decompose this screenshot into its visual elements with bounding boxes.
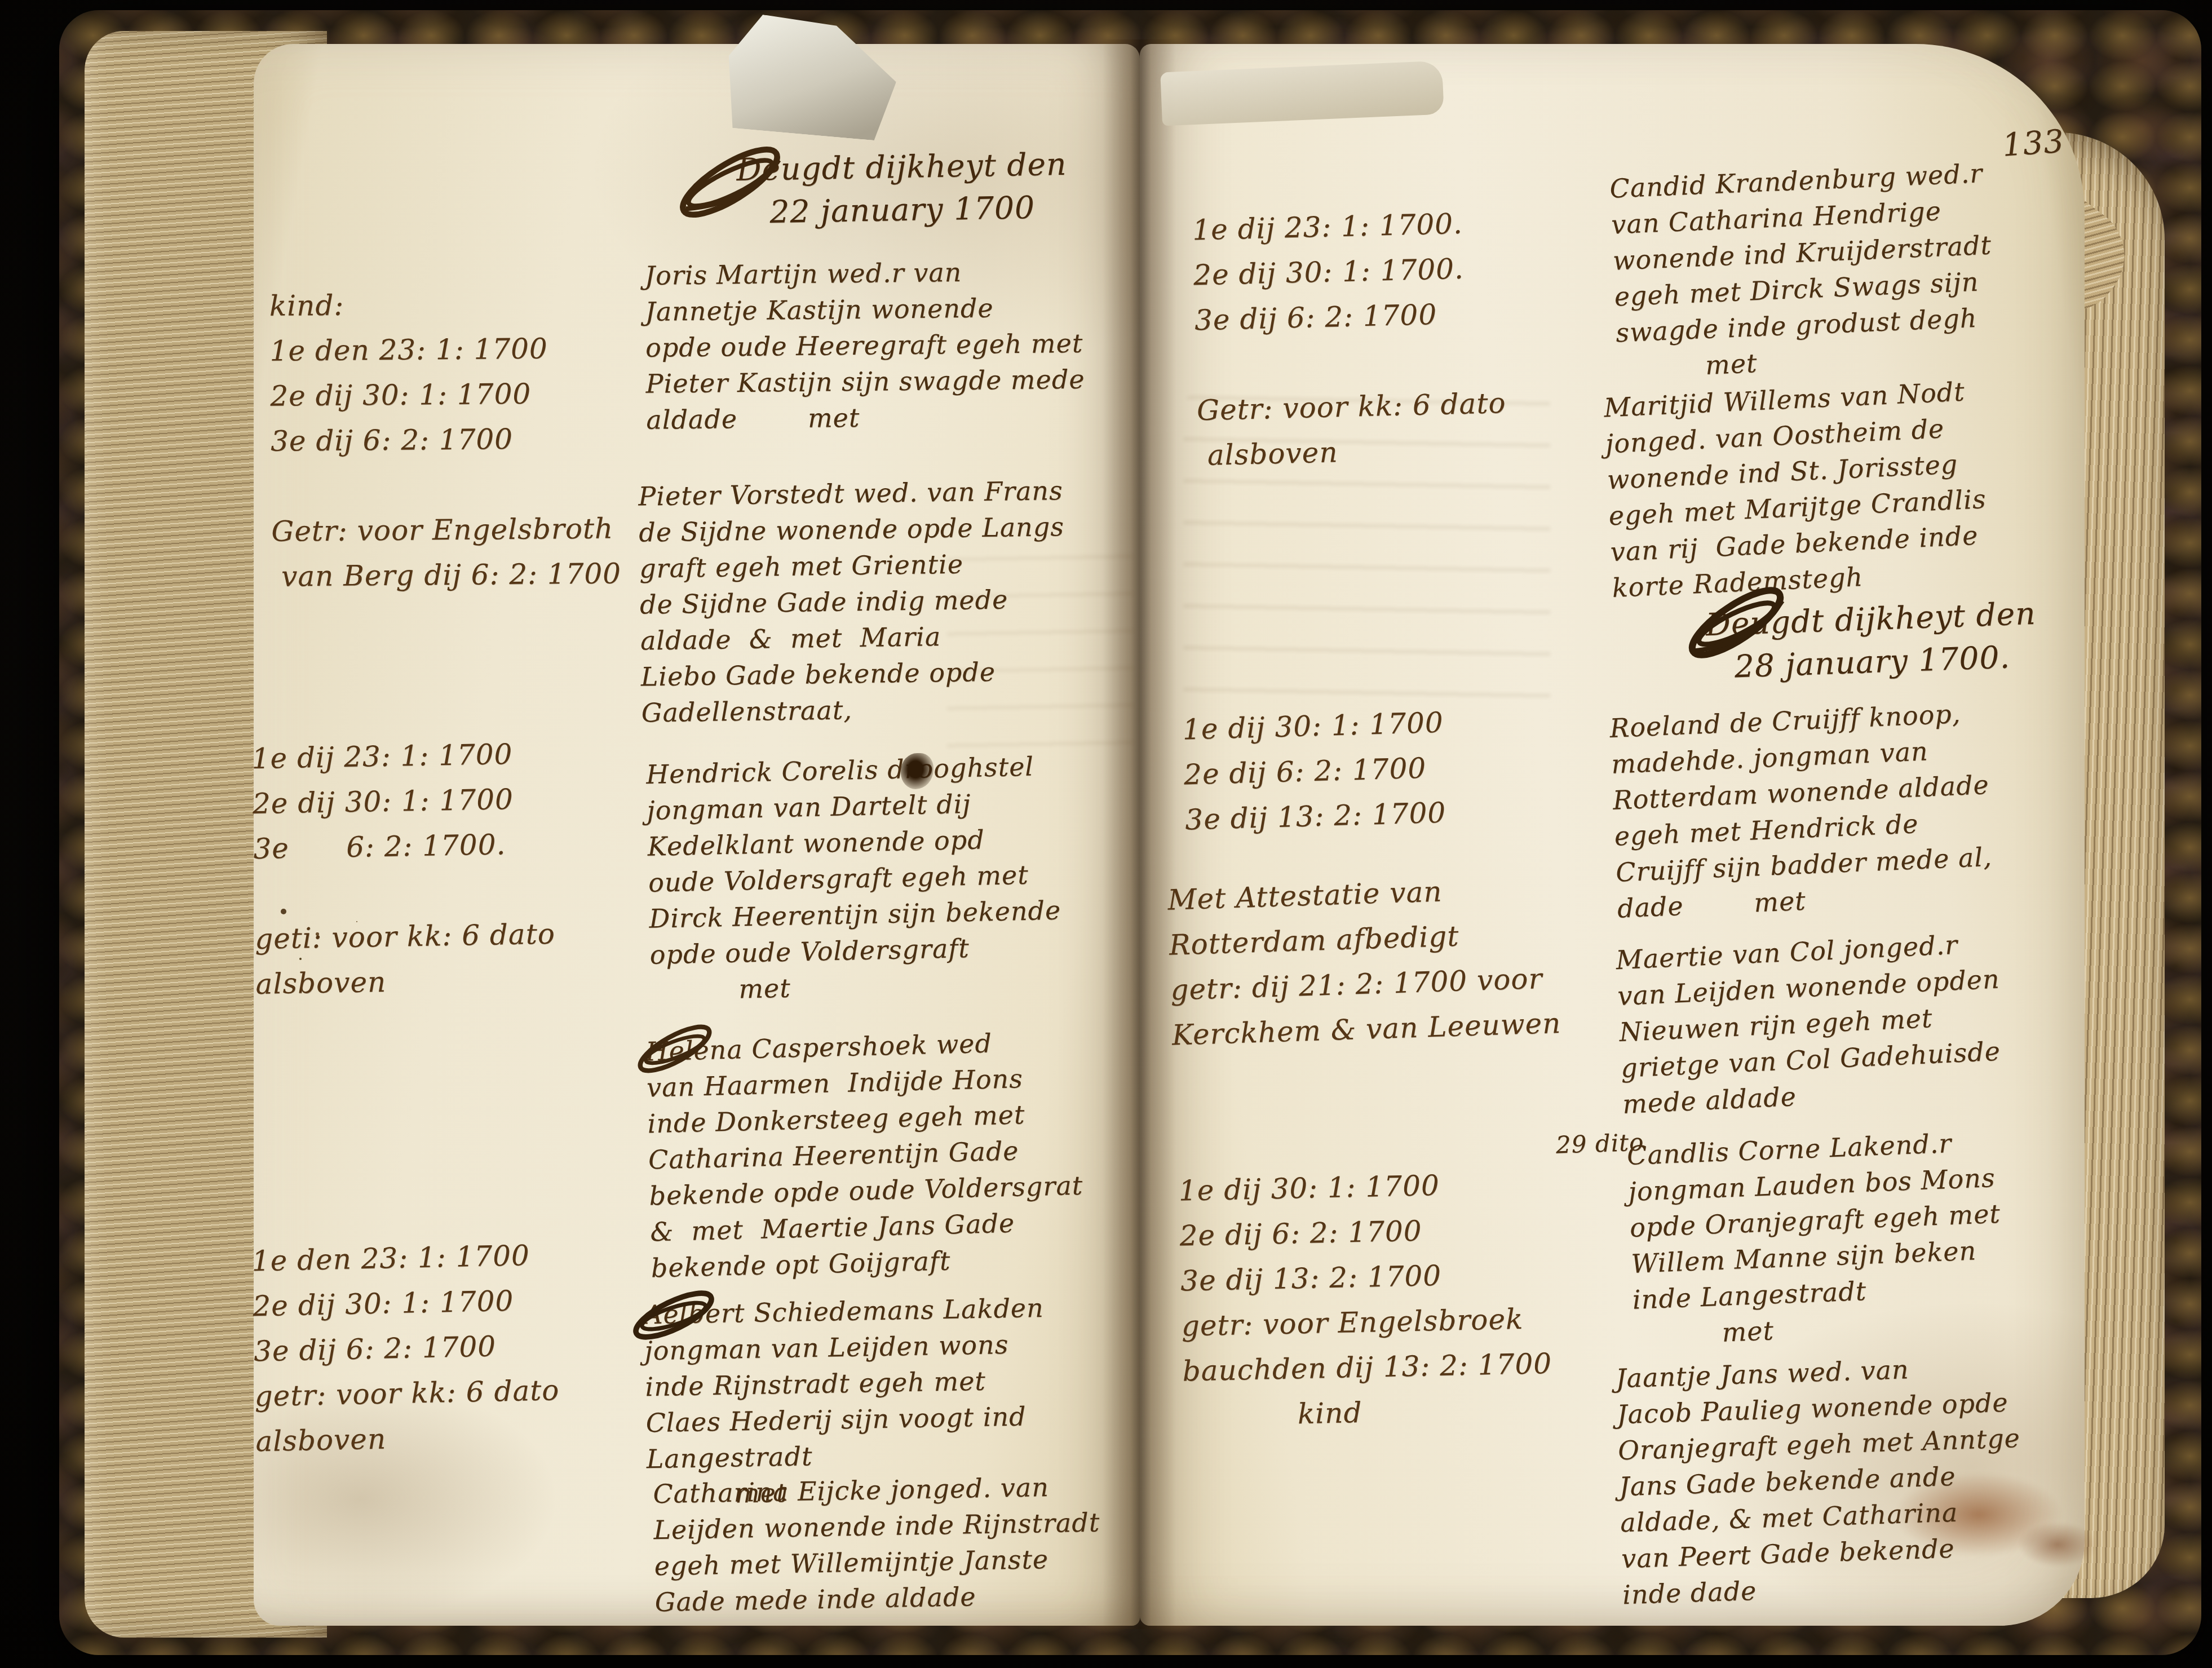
margin-note: 1e den 23: 1: 1700 2e dij 30: 1: 1700 3e… xyxy=(251,1231,651,1465)
entry-block: Maertie van Col jonged.r van Leijden won… xyxy=(1615,921,2096,1122)
entry-block: Jaantje Jans wed. van Jacob Paulieg wone… xyxy=(1615,1346,2102,1613)
margin-note: Met Attestatie van Rotterdam afbedigt ge… xyxy=(1167,864,1590,1058)
photo-stage: kind: 1e den 23: 1: 1700 2e dij 30: 1: 1… xyxy=(0,0,2212,1668)
margin-note: kind: 1e den 23: 1: 1700 2e dij 30: 1: 1… xyxy=(269,280,633,599)
entry-block: Roeland de Cruijff knoop, madehde. jongm… xyxy=(1609,690,2096,926)
entry-block: Maritjid Willems van Nodt jonged. van Oo… xyxy=(1603,368,2092,606)
entry-block: Catharina Eijcke jonged. van Leijden won… xyxy=(653,1467,1185,1620)
entry-block: Candlis Corne Lakend.r jongman Lauden bo… xyxy=(1626,1120,2102,1354)
margin-note: 1e dij 23: 1: 1700. 2e dij 30: 1: 1700. … xyxy=(1192,198,1582,478)
margin-note: 1e dij 23: 1: 1700 2e dij 30: 1: 1700 3e… xyxy=(251,729,639,1007)
entry-block: Pieter Vorstedt wed. van Frans de Sijdne… xyxy=(638,471,1171,731)
entry-block: Candid Krandenburg wed.r van Catharina H… xyxy=(1609,151,2091,387)
entry-block: Joris Martijn wed.r van Jannetje Kastijn… xyxy=(644,252,1170,438)
margin-note: 1e dij 30: 1: 1700 2e dij 6: 2: 1700 3e … xyxy=(1182,697,1569,843)
margin-note: 1e dij 30: 1: 1700 2e dij 6: 2: 1700 3e … xyxy=(1178,1160,1590,1439)
entry-block: Helena Caspershoek wed van Haarmen Indij… xyxy=(645,1021,1182,1286)
